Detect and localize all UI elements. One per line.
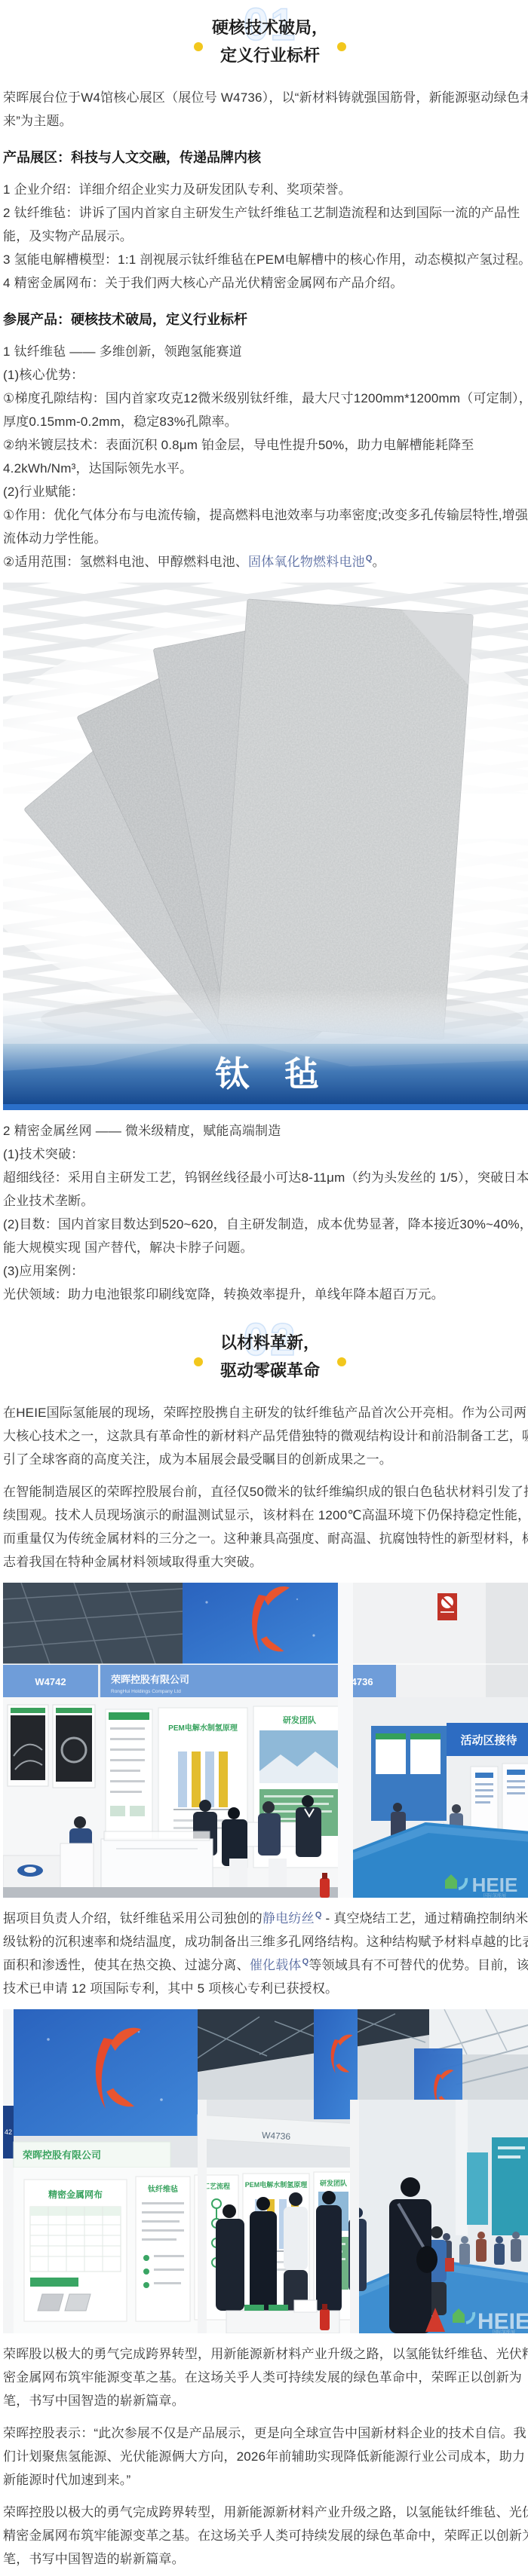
booth-photo-1-image: W4742 荣晖控股有限公司 RongHui Holdings Company … (3, 1583, 528, 1898)
text-segment: 据项目负责人介绍，钛纤维毡采用公司独创的 (3, 1911, 262, 1926)
list-item: 4 精密金属网布：关于我们两大核心产品光伏精密金属网布产品介绍。 (3, 271, 528, 295)
heie-sub-label: 国际氢能展 (483, 1892, 506, 1898)
product-zone-heading: 产品展区：科技与人文交融，传递品牌内核 (3, 146, 528, 169)
heie-label: HEIE (472, 1874, 518, 1896)
mesh-wire: 超细线径：采用自主研发工艺，钨钢丝线径最小可达8-11μm（约为头发丝的 1/5… (3, 1166, 528, 1213)
company-name: 荣晖控股有限公司 (23, 2149, 101, 2161)
bottom-haze (3, 990, 528, 1045)
industry-label: (2)行业赋能： (3, 480, 528, 503)
text-segment: ②适用范围：氢燃料电池、甲醇燃料电池、 (3, 555, 248, 569)
logo-panel (183, 1583, 338, 1664)
section-2-title-line1: 以材料革新， (3, 1318, 528, 1357)
text-segment: 。 (373, 555, 385, 569)
company-name-en: RongHui Holdings Company Ltd (111, 1689, 181, 1694)
mesh-count: (2)目数：国内首家目数达到520~620，自主研发制造，成本优势显著，降本接近… (3, 1213, 528, 1259)
section-2-title-line2: 驱动零碳革命 (3, 1357, 528, 1384)
booth-column (338, 1583, 353, 1898)
entity-search-icon: Q (366, 554, 373, 563)
right-hall (358, 2100, 528, 2333)
poster-title: 研发团队 (320, 2179, 347, 2187)
booth-photo-2-image: W4736 42 荣晖控股有限公司 精密金属网布 (3, 2009, 528, 2333)
entity-link[interactable]: 催化载体 (250, 1958, 302, 1972)
advantage-1: ①梯度孔隙结构：国内首家攻克12微米级别钛纤维，最大尺寸1200mm*1200m… (3, 387, 528, 433)
booth-photo-1: W4742 荣晖控股有限公司 RongHui Holdings Company … (3, 1583, 528, 1898)
booth-interior: PEM电解水制氢原理 研发团队 (3, 1697, 350, 1898)
revolution-paragraph-3: 据项目负责人介绍，钛纤维毡采用公司独创的静电纺丝Q - 真空烧结工艺，通过精确控… (3, 1907, 528, 2000)
entity-link[interactable]: 固体氧化物燃料电池 (248, 555, 365, 569)
mesh-break-label: (1)技术突破： (3, 1143, 528, 1166)
activity-sign-label: 活动区接待 (460, 1733, 517, 1747)
closing-paragraph-2: 荣晖控股以极大的勇气完成跨界转型，用新能源新材料产业升级之路，以氢能钛纤维毡、光… (3, 2501, 528, 2571)
advantage-2: ②纳米镀层技术：表面沉积 0.8μm 铂金层，导电性提升50%，助力电解槽能耗降… (3, 433, 528, 480)
ceiling (3, 1583, 183, 1664)
titanium-felt-title: 1 钛纤维毡 —— 多维创新，领跑氢能赛道 (3, 340, 528, 363)
booth-number: W4736 (262, 2130, 291, 2142)
booth-column (198, 2100, 207, 2333)
poster-team-title: 研发团队 (283, 1715, 316, 1725)
titanium-felt-figure: 钛 毡 (3, 583, 528, 1110)
booth-photo-2: W4736 42 荣晖控股有限公司 精密金属网布 (3, 2009, 528, 2333)
company-name: 荣晖控股有限公司 (111, 1674, 189, 1685)
poster-pem-title: PEM电解水制氢原理 (168, 1723, 238, 1733)
poster-title: 精密金属网布 (48, 2189, 103, 2200)
revolution-paragraph-2: 在智能制造展区的荣晖控股展台前，直径仅50微米的钛纤维编织成的银白色毡状材料引发… (3, 1480, 528, 1574)
mesh-block: 2 精密金属丝网 —— 微米级精度，赋能高端制造 (1)技术突破： 超细线径：采… (3, 1119, 528, 1306)
caption-bar: 钛 毡 (3, 1044, 528, 1110)
revolution-paragraph-1: 在HEIE国际氢能展的现场，荣晖控股携自主研发的钛纤维毡产品首次公开亮相。作为公… (3, 1401, 528, 1471)
article-body: 01 硬核技术破局， 定义行业标杆 荣晖展台位于W4馆核心展区（展位号 W473… (0, 3, 528, 2571)
section-1-title-line1: 硬核技术破局， (3, 3, 528, 41)
titanium-felt-image: 钛 毡 (3, 583, 528, 1110)
list-item: 1 企业介绍：详细介绍企业实力及研发团队专利、奖项荣誉。 (3, 178, 528, 201)
industry-role: ①作用：优化气体分布与电流传输，提高燃料电池效率与功率密度;改变多孔传输层特性,… (3, 503, 528, 550)
industry-scope: ②适用范围：氢燃料电池、甲醇燃料电池、固体氧化物燃料电池Q。 (3, 550, 528, 574)
titanium-felt-block: 1 钛纤维毡 —— 多维创新，领跑氢能赛道 (1)核心优势： ①梯度孔隙结构：国… (3, 340, 528, 574)
intro-paragraph: 荣晖展台位于W4馆核心展区（展位号 W4736），以“新材料铸就强国筋骨，新能源… (3, 86, 528, 133)
booth-floor (3, 1887, 350, 1898)
felt-sheet-large (218, 599, 474, 1040)
mesh-case-label: (3)应用案例： (3, 1259, 528, 1283)
section-1-header: 01 硬核技术破局， 定义行业标杆 (3, 3, 528, 77)
mesh-title: 2 精密金属丝网 —— 微米级精度，赋能高端制造 (3, 1119, 528, 1143)
entity-search-icon: Q (315, 1911, 322, 1920)
section-1-title-line2: 定义行业标杆 (3, 41, 528, 69)
booth-column (350, 2100, 359, 2333)
poster-title: 工艺流程 (203, 2182, 230, 2190)
entity-link[interactable]: 静电纺丝 (262, 1911, 315, 1926)
product-zone-list: 1 企业介绍：详细介绍企业实力及研发团队专利、奖项荣誉。 2 钛纤维毡：讲诉了国… (3, 178, 528, 295)
mesh-case-pv: 光伏领域：助力电池银浆印刷线宽降，转换效率提升，单线年降本超百万元。 (3, 1283, 528, 1306)
advantage-label: (1)核心优势： (3, 363, 528, 387)
list-item: 3 氢能电解槽模型：1:1 剖视展示钛纤维毡在PEM电解槽中的核心作用，动态模拟… (3, 248, 528, 271)
closing-paragraph-1: 荣晖股以极大的勇气完成跨界转型，用新能源新材料产业升级之路，以氢能钛纤维毡、光伏… (3, 2342, 528, 2412)
article-page: 01 硬核技术破局， 定义行业标杆 荣晖展台位于W4馆核心展区（展位号 W473… (0, 0, 528, 2576)
felt-caption: 钛 毡 (215, 1054, 319, 1094)
neighbor-booth-edge: 42 (5, 2128, 12, 2136)
poster-title: 钛纤维毡 (147, 2184, 178, 2194)
company-statement-quote: 荣晖控股表示：“此次参展不仅是产品展示，更是向全球宣告中国新材料企业的技术自信。… (3, 2422, 528, 2492)
poster-title: PEM电解水制氢原理 (245, 2180, 309, 2189)
list-item: 2 钛纤维毡：讲诉了国内首家自主研发生产钛纤维毡工艺制造流程和达到国际一流的产品… (3, 201, 528, 248)
booth-number-left: W4742 (35, 1676, 66, 1687)
exhibit-heading: 参展产品：硬核技术破局，定义行业标杆 (3, 308, 528, 331)
section-2-header: 02 以材料革新， 驱动零碳革命 (3, 1318, 528, 1392)
